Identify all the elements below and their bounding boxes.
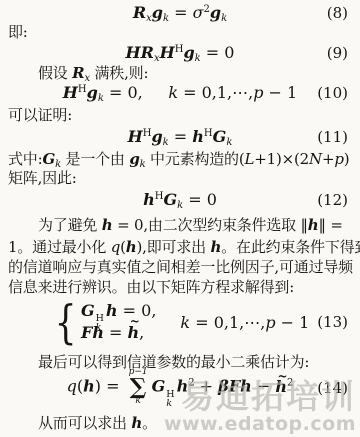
equation-13-math: { GHkh = 0, Fh = ~h, k = 0,1,⋯,p − 1 [51,299,310,345]
equation-13-case2: Fh = ~h, [81,322,156,344]
equation-13-cases: GHkh = 0, Fh = ~h, [81,300,156,344]
equation-10-number: (10) [317,84,348,102]
text-line-para3: 的信道响应与真实值之间相差一比例因子,可通过导频 [8,256,352,278]
text-line-conger: 从而可以求出 h。 [8,412,352,434]
text-line-para1: 为了避免 h = 0,由二次型约束条件选取 ‖h‖ = [8,214,352,236]
equation-11: HHgk = hHGk (11) [8,126,352,148]
left-brace-icon: { [54,299,76,345]
equation-9-number: (9) [327,44,348,62]
equation-12-math: hHGk = 0 [143,190,217,211]
equation-9-math: HRxHHgk = 0 [126,43,235,64]
equation-11-math: HHgk = hHGk [128,127,233,148]
equation-13-condition: k = 0,1,⋯,p − 1 [180,313,309,332]
text-line-keyi: 可以证明: [8,104,352,126]
equation-14-math: q(h) = p−1∑kGHkh2 + βFh − ~h2 [67,368,294,408]
equation-10-math: HHgk = 0,k = 0,1,⋯,p − 1 [63,83,297,104]
equation-12: hHGk = 0 (12) [8,189,352,211]
equation-9: HRxHHgk = 0 (9) [8,42,352,64]
equation-12-number: (12) [317,191,348,209]
equation-13-number: (13) [317,313,348,331]
document-page: Rxgk = σ2gk (8) 即: HRxHHgk = 0 (9) 假设 Rx… [0,0,360,437]
text-line-juzhen: 矩阵,因此: [8,167,352,189]
text-line-para2: 1。通过最小化 q(h),即可求出 h。在此约束条件下得到 [8,236,352,258]
equation-14-number: (14) [317,379,348,397]
equation-10: HHgk = 0,k = 0,1,⋯,p − 1 (10) [8,82,352,104]
equation-8-number: (8) [327,4,348,22]
text-line-jiashe: 假设 Rx 满秩,则: [8,62,352,84]
equation-14: q(h) = p−1∑kGHkh2 + βFh − ~h2 (14) [8,370,352,406]
text-line-ji: 即: [8,21,352,43]
equation-11-number: (11) [317,128,348,146]
equation-13: { GHkh = 0, Fh = ~h, k = 0,1,⋯,p − 1 (13… [8,298,352,346]
equation-13-case1: GHkh = 0, [81,300,156,322]
